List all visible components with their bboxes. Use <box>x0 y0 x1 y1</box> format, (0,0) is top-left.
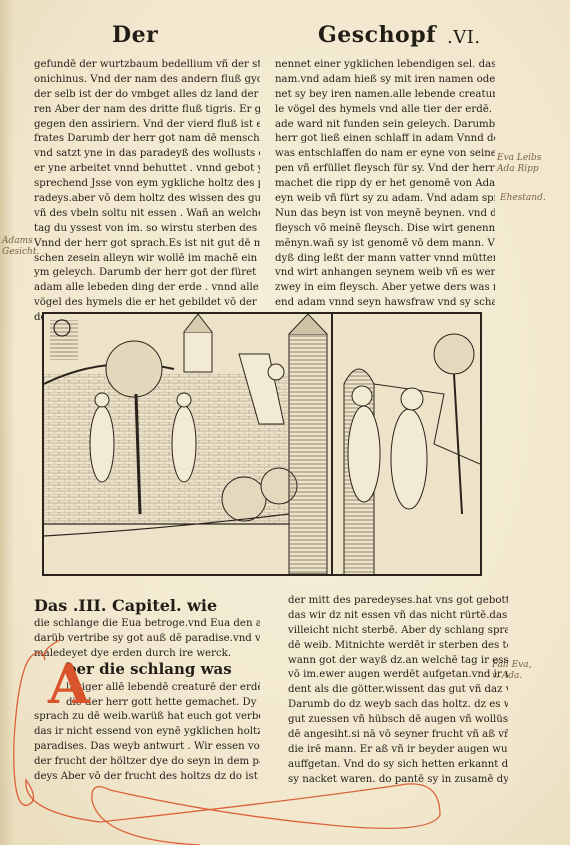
text-line: ade ward nit funden sein geleych. Darumb… <box>275 118 495 133</box>
woodcut-image <box>44 314 480 574</box>
text-line: zwey in eim fleysch. Aber yetwe ders was… <box>275 281 495 296</box>
text-line: dyß ding leßt der mann vatter vnnd mütte… <box>275 252 495 267</box>
text-line: fleysch vō meinē fleysch. Dise wirt gene… <box>275 222 495 237</box>
rubricated-initial: A <box>48 656 88 712</box>
chapter-summary-line: die schlange die Eua betroge.vnd Eua den… <box>34 617 260 632</box>
text-line: deys Aber vō der frucht des holtzs dz do… <box>34 770 260 785</box>
text-line: Vnnd der herr got sprach.Es ist nit gut … <box>34 237 260 252</box>
margin-note-line: Eva Leibs <box>497 153 541 164</box>
text-line: villeicht nicht sterbē. Aber dy schlang … <box>288 624 508 639</box>
running-header-center: Geschopf <box>318 22 436 48</box>
text-line: das wir dz nit essen vñ das nicht rürtē.… <box>288 609 508 624</box>
woodcut-illustration <box>42 312 482 576</box>
text-line: vnd wirt anhangen seynem weib vñ es werd… <box>275 266 495 281</box>
page-gutter-shadow <box>0 0 14 845</box>
margin-note-line: Adams <box>2 236 39 247</box>
text-line: ym geleych. Darumb der herr got der füre… <box>34 266 260 281</box>
text-line: der frucht der höltzer dye do seyn in de… <box>34 755 260 770</box>
text-line: gefundē der wurtzbaum bedellium vñ der s… <box>34 58 260 73</box>
text-line: frates Darumb der herr got nam dē mensch… <box>34 132 260 147</box>
right-column-top-text: nennet einer ygklichen lebendigen sel. d… <box>275 58 495 326</box>
text-line: vögel des hymels die er het gebildet vō … <box>34 296 260 311</box>
text-line: das ir nicht essend von eynē ygklichen h… <box>34 725 260 740</box>
text-line: schen zesein alleyn wir wollē im machē e… <box>34 252 260 267</box>
running-header-left: Der <box>112 22 158 48</box>
folio-number: .VI. <box>447 27 481 48</box>
text-line: gut zuessen vñ hübsch dē augen vñ wollüs… <box>288 713 508 728</box>
text-line: was entschlaffen do nam er eyne von sein… <box>275 147 495 162</box>
margin-note-right-1: Eva Leibs Ada Ripp <box>497 153 541 175</box>
text-line: end adam vnnd seyn hawsfraw vnd sy scham… <box>275 296 495 311</box>
left-column-top-text: gefundē der wurtzbaum bedellium vñ der s… <box>34 58 260 326</box>
text-line: adam alle lebeden ding der erde . vnnd a… <box>34 281 260 296</box>
text-line: dē angesiht.si nā vō seyner frucht vñ aß… <box>288 728 508 743</box>
text-line: machet die ripp dy er het genomē von Ada… <box>275 177 495 192</box>
margin-note-left: Adams Gesicht. <box>2 236 39 258</box>
chapter-summary-line: darüb vertribe sy got auß dē paradise.vn… <box>34 632 260 647</box>
text-line: radeys.aber vō dem holtz des wissen des … <box>34 192 260 207</box>
text-line: sy nacket waren. do pantē sy in zusamē d… <box>288 773 508 788</box>
text-line: der mitt des paredeyses.hat vns got gebo… <box>288 594 508 609</box>
text-line: le vögel des hymels vnd alle tier der er… <box>275 103 495 118</box>
text-line: der selb ist der do vmbget alles dz land… <box>34 88 260 103</box>
chapter-heading: Das .III. Capitel. wie <box>34 597 260 617</box>
book-page: Der Geschopf .VI. gefundē der wurtzbaum … <box>0 0 570 845</box>
text-line: net sy bey iren namen.alle lebende creat… <box>275 88 495 103</box>
margin-note-line: Ehestand. <box>500 193 546 204</box>
text-line: vnd satzt yne in das paradeyß des wollus… <box>34 147 260 162</box>
text-line: mēnyn.wañ sy ist genomē vō dem mann. Vmb <box>275 237 495 252</box>
text-line: die irē mann. Er aß vñ ir beyder augen w… <box>288 743 508 758</box>
margin-note-line: Ada Ripp <box>497 164 541 175</box>
text-line: dē weib. Mitnichte werdēt ir sterben des… <box>288 639 508 654</box>
text-line: dent als die götter.wissent das gut vñ d… <box>288 683 508 698</box>
text-line: er yne arbeitet vnnd behuttet . vnnd geb… <box>34 162 260 177</box>
text-line: onichinus. Vnd der nam des andern fluß g… <box>34 73 260 88</box>
chapter-iii-right-column: der mitt des paredeyses.hat vns got gebo… <box>288 594 508 788</box>
text-line: sprechend Jsse von eym ygkliche holtz de… <box>34 177 260 192</box>
margin-note-right-2: Ehestand. <box>500 193 546 204</box>
text-line: ren Aber der nam des dritte fluß tigris.… <box>34 103 260 118</box>
text-line: tag du yssest von im. so wirstu sterben … <box>34 222 260 237</box>
text-line: vō im.ewer augen werdēt aufgetan.vnd ir … <box>288 668 508 683</box>
text-line: Darumb do dz weyb sach das holtz. dz es … <box>288 698 508 713</box>
text-line: vñ des vbeln soltu nit essen . Wañ an we… <box>34 207 260 222</box>
text-line: Nun das beyn ist von meynē beynen. vnd d… <box>275 207 495 222</box>
text-line: nennet einer ygklichen lebendigen sel. d… <box>275 58 495 73</box>
text-line: nam.vnd adam hieß sy mit iren namen oder… <box>275 73 495 88</box>
text-line: wann got der wayß dz.an welchē tag ir es… <box>288 654 508 669</box>
text-line: auffgetan. Vnd do sy sich hetten erkannt… <box>288 758 508 773</box>
text-line: gegen den assiriern. Vnd der vierd fluß … <box>34 118 260 133</box>
text-line: paradises. Das weyb antwurt . Wir essen … <box>34 740 260 755</box>
margin-note-line: Gesicht. <box>2 247 39 258</box>
text-line: eyn weib vñ fürt sy zu adam. Vnd adam sp… <box>275 192 495 207</box>
text-line: herr got ließ einen schlaff in adam Vnnd… <box>275 132 495 147</box>
text-line: pen vñ erfüllet fleysch für sy. Vnd der … <box>275 162 495 177</box>
